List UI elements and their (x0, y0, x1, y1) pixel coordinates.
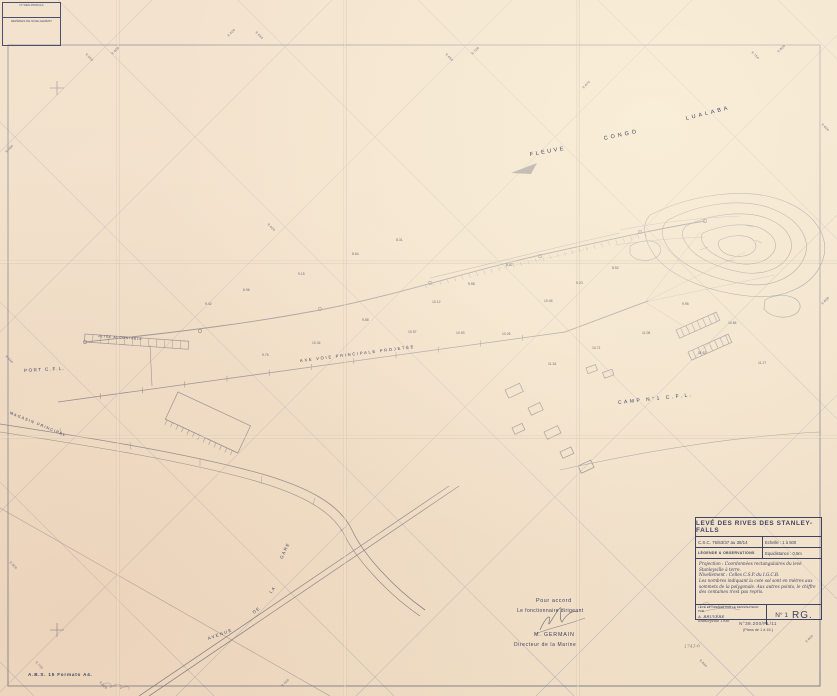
spot-elevation: 11.34 (548, 362, 556, 366)
spot-elevation: 9.95 (682, 302, 689, 306)
map-line (0, 0, 574, 696)
map-line (476, 272, 478, 276)
map-line (572, 250, 574, 254)
approval-title: Directeur de la Marine (514, 642, 576, 648)
spot-elevation: 9.58 (468, 282, 475, 286)
map-line (0, 0, 34, 696)
map-line (601, 243, 603, 247)
map-reference: C.S.C. 76/63/37 au 38/14 (696, 537, 762, 547)
map-line (0, 0, 394, 696)
corner-box-cell2: REPÈRES DE NIVELLEMENT (3, 18, 60, 24)
spot-elevation: 10.93 (456, 331, 465, 335)
warehouse-structure (163, 392, 250, 458)
spot-elevation: 9.23 (576, 281, 583, 285)
legend-header: LÉGENDE & OBSERVATIONS (696, 548, 762, 558)
drawn-by-line1: LEVÉ ET DRESSÉ PAR LE DESSINATEUR PAR (698, 606, 764, 614)
map-scale: Echelle : 1 à 500 (762, 537, 821, 547)
spot-elevation: 10.84 (728, 321, 737, 325)
map-line (498, 267, 500, 271)
map-line (564, 252, 566, 256)
map-line (616, 240, 618, 244)
railway-curve (0, 424, 425, 616)
map-line (440, 281, 442, 285)
sheet-number: RG. (792, 610, 813, 621)
note-projection: Projection : Coordonnées rectangulaires … (699, 561, 818, 572)
spot-elevation: 10.26 (502, 332, 511, 336)
title-block-notes: Projection : Coordonnées rectangulaires … (696, 559, 821, 604)
map-line (491, 269, 493, 273)
spot-elevation: 9.76 (262, 353, 269, 357)
map-line (0, 0, 152, 696)
flow-arrow-icon (511, 163, 537, 174)
map-line (0, 0, 214, 696)
spot-elevation: 11.62 (698, 351, 706, 355)
spot-elevation: 10.34 (312, 341, 321, 345)
equidistance: Equidistance : 0,5m (762, 548, 821, 558)
approval-line2: Le fonctionnaire dirigeant (517, 608, 584, 614)
map-title: LEVÉ DES RIVES DES STANLEY-FALLS (696, 518, 821, 537)
map-line (484, 270, 486, 274)
note-cotes: Les nombres indiquant la cote sol sont e… (699, 578, 818, 595)
spot-elevation: 11.27 (758, 361, 766, 365)
pencil-note: 1743-6 (684, 644, 700, 650)
map-line (0, 0, 512, 696)
corner-legend-box: N° DES PROFILS REPÈRES DE NIVELLEMENT (2, 2, 61, 46)
spot-elevation: 8.52 (612, 266, 619, 270)
plan-number: N°39.200/PL/11 (703, 621, 813, 626)
spot-elevation: 11.08 (642, 331, 650, 335)
spot-elevation: 8.96 (243, 288, 250, 292)
map-line (469, 274, 471, 278)
map-line (638, 235, 640, 239)
approval-name: M. GERMAIN (534, 632, 575, 638)
spot-elevation: 10.57 (408, 330, 417, 334)
map-line (454, 277, 456, 281)
spot-elevation: 10.45 (544, 299, 553, 303)
spot-elevation: 8.64 (352, 252, 359, 256)
approval-line1: Pour accord (536, 598, 572, 604)
map-line (630, 236, 632, 240)
map-line (462, 276, 464, 280)
plan-range: (Plans de 1 à 16.) (703, 628, 813, 632)
spot-elevation: 9.15 (298, 272, 305, 276)
map-line (557, 253, 559, 257)
map-line (623, 238, 625, 242)
map-sheet: N° DES PROFILS REPÈRES DE NIVELLEMENT FL… (0, 0, 837, 696)
avenue-lines (0, 486, 459, 696)
title-block: LEVÉ DES RIVES DES STANLEY-FALLS C.S.C. … (695, 517, 822, 620)
spot-elevation: 8.87 (506, 263, 513, 267)
building-cluster (505, 360, 614, 473)
format-note: A.B.S. 15 Formato A4. (28, 672, 93, 677)
sheet-number-prefix: N° 1 (775, 612, 788, 619)
map-line (608, 242, 610, 246)
traverse-stations (83, 219, 706, 343)
spot-elevation: 10.71 (592, 346, 601, 350)
map-line (594, 245, 596, 249)
spot-elevation: 9.42 (205, 302, 212, 306)
river-bank-line (85, 221, 705, 342)
spot-elevation: 9.88 (362, 318, 369, 322)
traverse-station (198, 329, 201, 332)
map-line (0, 0, 692, 696)
spot-elevation: 10.12 (432, 300, 441, 304)
map-line (550, 255, 552, 259)
corner-box-cell1: N° DES PROFILS (3, 3, 60, 18)
map-line (579, 248, 581, 252)
spot-elevation: 8.31 (396, 238, 403, 242)
map-line (447, 279, 449, 283)
